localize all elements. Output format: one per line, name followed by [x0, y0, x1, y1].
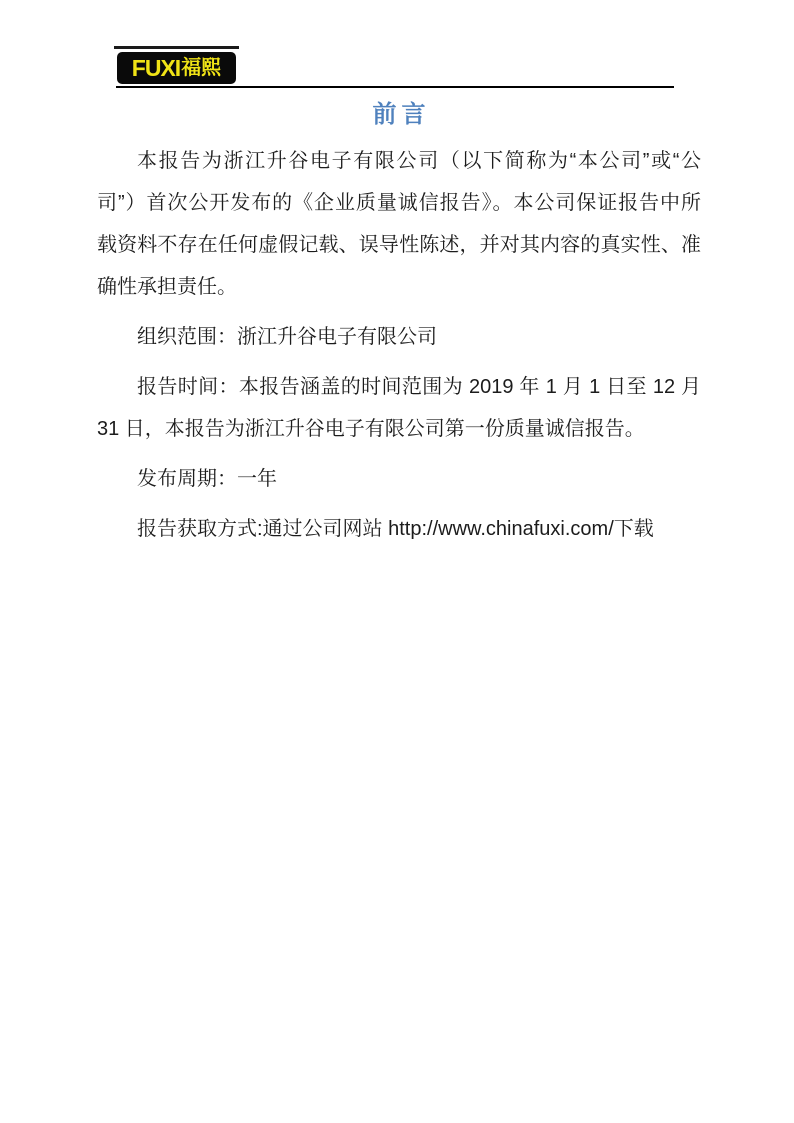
- paragraph-line: 发布周期：一年: [97, 458, 701, 500]
- page-title: 前言: [97, 98, 701, 132]
- paragraph-line: 本报告为浙江升谷电子有限公司（以下简称为“本公司”或“公: [97, 140, 701, 182]
- paragraph-line: 报告时间：本报告涵盖的时间范围为 2019 年 1 月 1 日至 12 月: [97, 366, 701, 408]
- paragraph: 发布周期：一年: [97, 458, 701, 500]
- logo-text-cjk: 福熙: [181, 58, 221, 78]
- paragraph: 报告获取方式:通过公司网站 http://www.chinafuxi.com/下…: [97, 508, 701, 550]
- logo-top-bar: [114, 46, 239, 49]
- body-paragraphs: 本报告为浙江升谷电子有限公司（以下简称为“本公司”或“公司”）首次公开发布的《企…: [97, 140, 701, 550]
- paragraph: 本报告为浙江升谷电子有限公司（以下简称为“本公司”或“公司”）首次公开发布的《企…: [97, 140, 701, 308]
- logo-text-latin: FUXI: [132, 57, 180, 80]
- logo-box: FUXI 福熙: [117, 52, 236, 84]
- paragraph: 组织范围：浙江升谷电子有限公司: [97, 316, 701, 358]
- document-body: 前言 本报告为浙江升谷电子有限公司（以下简称为“本公司”或“公司”）首次公开发布…: [97, 98, 701, 558]
- document-page: FUXI 福熙 前言 本报告为浙江升谷电子有限公司（以下简称为“本公司”或“公司…: [0, 0, 794, 1123]
- paragraph-line: 司”）首次公开发布的《企业质量诚信报告》。本公司保证报告中所: [97, 182, 701, 224]
- header-divider: [116, 86, 674, 88]
- paragraph-line: 组织范围：浙江升谷电子有限公司: [97, 316, 701, 358]
- paragraph: 报告时间：本报告涵盖的时间范围为 2019 年 1 月 1 日至 12 月31 …: [97, 366, 701, 450]
- paragraph-line: 报告获取方式:通过公司网站 http://www.chinafuxi.com/下…: [97, 508, 701, 550]
- paragraph-line: 确性承担责任。: [97, 266, 701, 308]
- paragraph-line: 载资料不存在任何虚假记载、误导性陈述，并对其内容的真实性、准: [97, 224, 701, 266]
- paragraph-line: 31 日，本报告为浙江升谷电子有限公司第一份质量诚信报告。: [97, 408, 701, 450]
